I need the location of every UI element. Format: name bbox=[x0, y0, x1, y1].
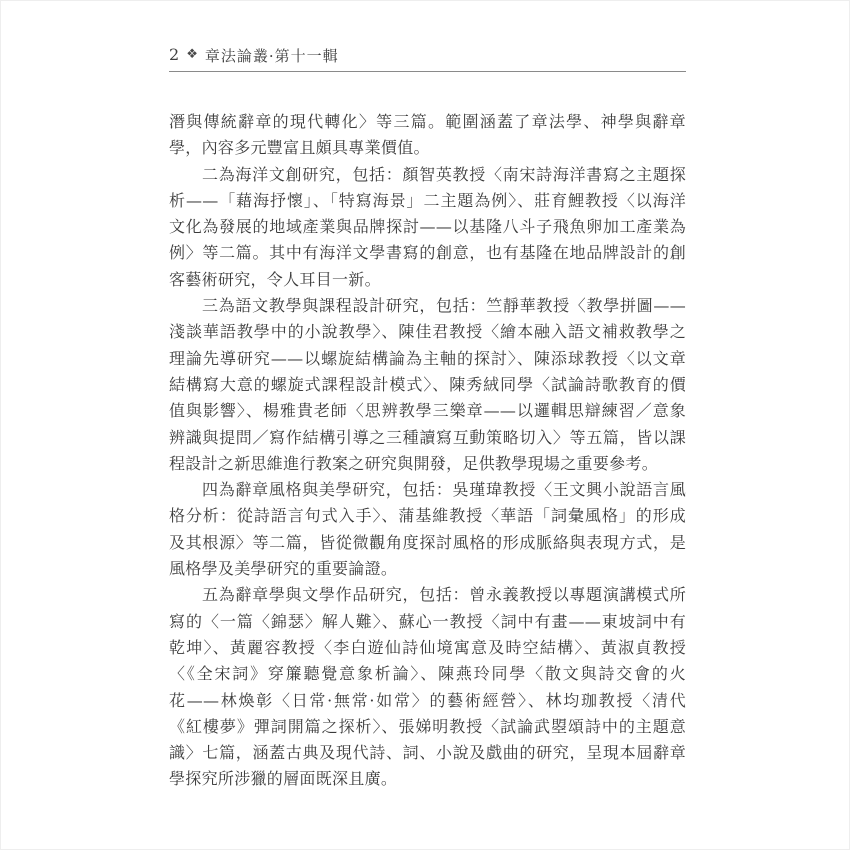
page-number: 2 bbox=[169, 45, 180, 64]
text-line: 辨識與提問／寫作結構引導之三種讀寫互動策略切入〉等五篇，皆以課 bbox=[169, 425, 686, 451]
text-line: 程設計之新思維進行教案之研究與開發，足供教學現場之重要參考。 bbox=[169, 451, 686, 477]
text-line: 結構寫大意的螺旋式課程設計模式〉、陳秀絨同學〈試論詩歌教育的價 bbox=[169, 372, 686, 398]
text-line: 淺談華語教學中的小說教學〉、陳佳君教授〈繪本融入語文補救教學之 bbox=[169, 319, 686, 345]
text-line: 花——林煥彰〈日常·無常·如常〉的藝術經營〉、林均珈教授〈清代 bbox=[169, 688, 686, 714]
text-line: 識〉七篇，涵蓋古典及現代詩、詞、小說及戲曲的研究，呈現本屆辭章 bbox=[169, 740, 686, 766]
text-line: 及其根源〉等二篇，皆從微觀角度探討風格的形成脈絡與表現方式，是 bbox=[169, 530, 686, 556]
text-line: 〈《全宋詞》穿簾聽覺意象析論〉、陳燕玲同學〈散文與詩交會的火 bbox=[169, 661, 686, 687]
text-line: 理論先導研究——以螺旋結構論為主軸的探討〉、陳添球教授〈以文章 bbox=[169, 346, 686, 372]
text-line: 值與影響〉、楊雅貴老師〈思辨教學三樂章——以邏輯思辯練習／意象 bbox=[169, 398, 686, 424]
text-line: 潛與傳統辭章的現代轉化〉等三篇。範圍涵蓋了章法學、神學與辭章 bbox=[169, 109, 686, 135]
text-line: 學探究所涉獵的層面既深且廣。 bbox=[169, 766, 686, 792]
text-line: 三為語文教學與課程設計研究，包括：竺靜華教授〈教學拼圖—— bbox=[169, 293, 686, 319]
text-line: 乾坤〉、黃麗容教授〈李白遊仙詩仙境寓意及時空結構〉、黃淑貞教授 bbox=[169, 635, 686, 661]
body-text-block: 潛與傳統辭章的現代轉化〉等三篇。範圍涵蓋了章法學、神學與辭章學，內容多元豐富且頗… bbox=[169, 109, 686, 793]
text-line: 《紅樓夢》彈詞開篇之探析〉、張娣明教授〈試論武曌頌詩中的主題意 bbox=[169, 714, 686, 740]
running-head: 2 ❖ 章法論叢·第十一輯 bbox=[169, 45, 686, 72]
running-head-title: 章法論叢·第十一輯 bbox=[205, 45, 339, 66]
text-line: 例〉等二篇。其中有海洋文學書寫的創意，也有基隆在地品牌設計的創 bbox=[169, 240, 686, 266]
text-line: 文化為發展的地域產業與品牌探討——以基隆八斗子飛魚卵加工產業為 bbox=[169, 214, 686, 240]
text-line: 四為辭章風格與美學研究，包括：吳瑾瑋教授〈王文興小說語言風 bbox=[169, 477, 686, 503]
text-line: 二為海洋文創研究，包括：顏智英教授〈南宋詩海洋書寫之主題探 bbox=[169, 162, 686, 188]
text-line: 風格學及美學研究的重要論證。 bbox=[169, 556, 686, 582]
text-line: 客藝術研究，令人耳目一新。 bbox=[169, 267, 686, 293]
text-line: 析——「藉海抒懷」、「特寫海景」二主題為例〉、莊育鯉教授〈以海洋 bbox=[169, 188, 686, 214]
diamond-ornament-icon: ❖ bbox=[186, 47, 199, 62]
book-page: 2 ❖ 章法論叢·第十一輯 潛與傳統辭章的現代轉化〉等三篇。範圍涵蓋了章法學、神… bbox=[0, 0, 850, 850]
text-line: 學，內容多元豐富且頗具專業價值。 bbox=[169, 135, 686, 161]
text-line: 格分析：從詩語言句式入手〉、蒲基維教授〈華語「詞彙風格」的形成 bbox=[169, 503, 686, 529]
text-line: 寫的〈一篇〈錦瑟〉解人難〉、蘇心一教授〈詞中有畫——東坡詞中有 bbox=[169, 609, 686, 635]
text-line: 五為辭章學與文學作品研究，包括：曾永義教授以專題演講模式所 bbox=[169, 582, 686, 608]
